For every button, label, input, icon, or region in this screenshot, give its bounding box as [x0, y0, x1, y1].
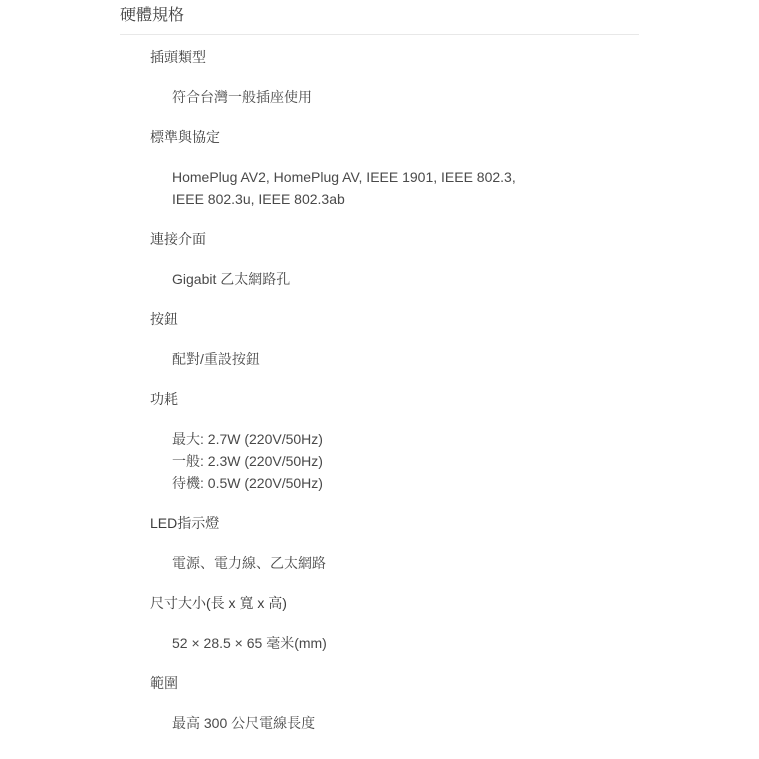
spec-section-plug-type: 插頭類型 符合台灣一般插座使用: [150, 46, 639, 108]
spec-value-line: 一般: 2.3W (220V/50Hz): [172, 450, 639, 472]
spec-term: LED指示燈: [150, 512, 639, 534]
spec-value: 52 × 28.5 × 65 毫米(mm): [172, 632, 639, 654]
spec-value: 最高 300 公尺電線長度: [172, 712, 639, 734]
spec-value: Gigabit 乙太網路孔: [172, 268, 639, 290]
spec-value: 最大: 2.7W (220V/50Hz) 一般: 2.3W (220V/50Hz…: [172, 428, 639, 494]
spec-term: 連接介面: [150, 228, 639, 250]
spec-list: 插頭類型 符合台灣一般插座使用 標準與協定 HomePlug AV2, Home…: [120, 46, 639, 734]
spec-value-line: 最大: 2.7W (220V/50Hz): [172, 428, 639, 450]
spec-value: HomePlug AV2, HomePlug AV, IEEE 1901, IE…: [172, 166, 639, 210]
spec-value-line: 待機: 0.5W (220V/50Hz): [172, 472, 639, 494]
spec-value: 符合台灣一般插座使用: [172, 86, 639, 108]
spec-section-button: 按鈕 配對/重設按鈕: [150, 308, 639, 370]
spec-section-range: 範圍 最高 300 公尺電線長度: [150, 672, 639, 734]
spec-value-line: 52 × 28.5 × 65 毫米(mm): [172, 632, 639, 654]
spec-term: 範圍: [150, 672, 639, 694]
spec-value-line: IEEE 802.3u, IEEE 802.3ab: [172, 188, 639, 210]
spec-value: 電源、電力線、乙太網路: [172, 552, 639, 574]
spec-value-line: 最高 300 公尺電線長度: [172, 712, 639, 734]
spec-term: 按鈕: [150, 308, 639, 330]
spec-term: 尺寸大小(長 x 寬 x 高): [150, 592, 639, 614]
spec-value-line: 電源、電力線、乙太網路: [172, 552, 639, 574]
spec-term: 標準與協定: [150, 126, 639, 148]
spec-value-line: 配對/重設按鈕: [172, 348, 639, 370]
spec-value-line: 符合台灣一般插座使用: [172, 86, 639, 108]
spec-section-led-indicators: LED指示燈 電源、電力線、乙太網路: [150, 512, 639, 574]
spec-value-line: Gigabit 乙太網路孔: [172, 268, 639, 290]
title-divider: [120, 34, 639, 35]
spec-value: 配對/重設按鈕: [172, 348, 639, 370]
spec-section-standards: 標準與協定 HomePlug AV2, HomePlug AV, IEEE 19…: [150, 126, 639, 210]
hardware-spec-page: 硬體規格 插頭類型 符合台灣一般插座使用 標準與協定 HomePlug AV2,…: [120, 0, 639, 734]
spec-value-line: HomePlug AV2, HomePlug AV, IEEE 1901, IE…: [172, 166, 639, 188]
spec-term: 功耗: [150, 388, 639, 410]
spec-section-dimensions: 尺寸大小(長 x 寬 x 高) 52 × 28.5 × 65 毫米(mm): [150, 592, 639, 654]
spec-section-interface: 連接介面 Gigabit 乙太網路孔: [150, 228, 639, 290]
spec-term: 插頭類型: [150, 46, 639, 68]
spec-section-power-consumption: 功耗 最大: 2.7W (220V/50Hz) 一般: 2.3W (220V/5…: [150, 388, 639, 494]
page-title: 硬體規格: [120, 4, 639, 28]
